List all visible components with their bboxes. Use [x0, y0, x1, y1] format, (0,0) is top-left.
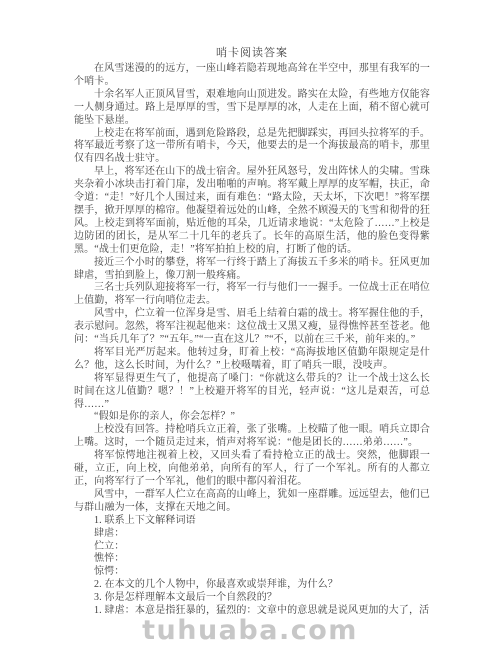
story-paragraph: 上校走在将军前面，遇到危险路段，总是先把脚踩实，再回头拉将军的手。将军最近考察了…	[74, 128, 430, 167]
document-body: 哨卡阅读答案 在风雪迷漫的的远方，一座山峰若隐若现地高耸在半空中，那里有我军的一…	[74, 47, 430, 618]
story-paragraph: 将军目光严厉起来。他转过身，盯着上校：“高海拔地区值勤年限规定是什么？他，这么长…	[74, 347, 430, 373]
question-item: 1. 联系上下文解释词语	[74, 515, 430, 528]
site-watermark: tuhuaba.com	[142, 615, 358, 646]
question-item: 3. 你是怎样理解本文最后一个自然段的？	[74, 592, 430, 605]
scanned-document-page: tuhuaba.com 哨卡阅读答案 在风雪迷漫的的远方，一座山峰若隐若现地高耸…	[0, 0, 500, 648]
story-paragraph: 将军显得更生气了，他提高了嗓门：“你就这么带兵的？让一个战士这么长时间在这儿值勤…	[74, 373, 430, 412]
term-to-define: 憔悴：	[74, 553, 430, 566]
story-paragraph: 将军惊愕地注视着上校，又回头看了看持枪立正的战士。突然，他脚跟一碰，立正，向上校…	[74, 450, 430, 489]
term-to-define: 伫立：	[74, 541, 430, 554]
question-item: 2. 在本文的几个人物中，你最喜欢或崇拜谁，为什么？	[74, 579, 430, 592]
page-title: 哨卡阅读答案	[74, 47, 430, 60]
story-paragraph: 早上，将军还在山下的战士宿舍。屋外狂风怒号，发出阵怵人的尖啸。雪珠夹杂着小冰块击…	[74, 166, 430, 256]
story-paragraph: “假如是你的亲人，你会怎样？”	[74, 411, 430, 424]
term-to-define: 惊愕：	[74, 566, 430, 579]
story-paragraph: 风雪中，伫立着一位浑身是雪、眉毛上结着白霜的战士。将军握住他的手，表示慰问。忽然…	[74, 308, 430, 347]
story-paragraph: 在风雪迷漫的的远方，一座山峰若隐若现地高耸在半空中，那里有我军的一个哨卡。	[74, 63, 430, 89]
term-to-define: 肆虐：	[74, 528, 430, 541]
answer-line: 1. 肆虐：本意是指狂暴的，猛烈的：文章中的意思就是说风更加的大了，活	[74, 605, 430, 618]
story-paragraph: 接近三个小时的攀登，将军一行终于踏上了海拔五千多米的哨卡。狂风更加肆虐，雪拍到脸…	[74, 257, 430, 283]
story-paragraph: 上校没有回答。持枪哨兵立正着，张了张嘴。上校瞄了他一眼。哨兵立即合上嘴。这时，一…	[74, 424, 430, 450]
story-paragraph: 三名士兵列队迎接将军一行，将军一行与他们一一握手。一位战士正在哨位上值勤，将军一…	[74, 282, 430, 308]
story-paragraph: 风雪中，一群军人伫立在高高的山峰上，犹如一座群雕。远远望去，他们已与群山融为一体…	[74, 489, 430, 515]
story-paragraph: 十余名军人正顶风冒雪，艰难地向山顶进发。路实在太险，有些地方仅能容一人侧身通过。…	[74, 89, 430, 128]
